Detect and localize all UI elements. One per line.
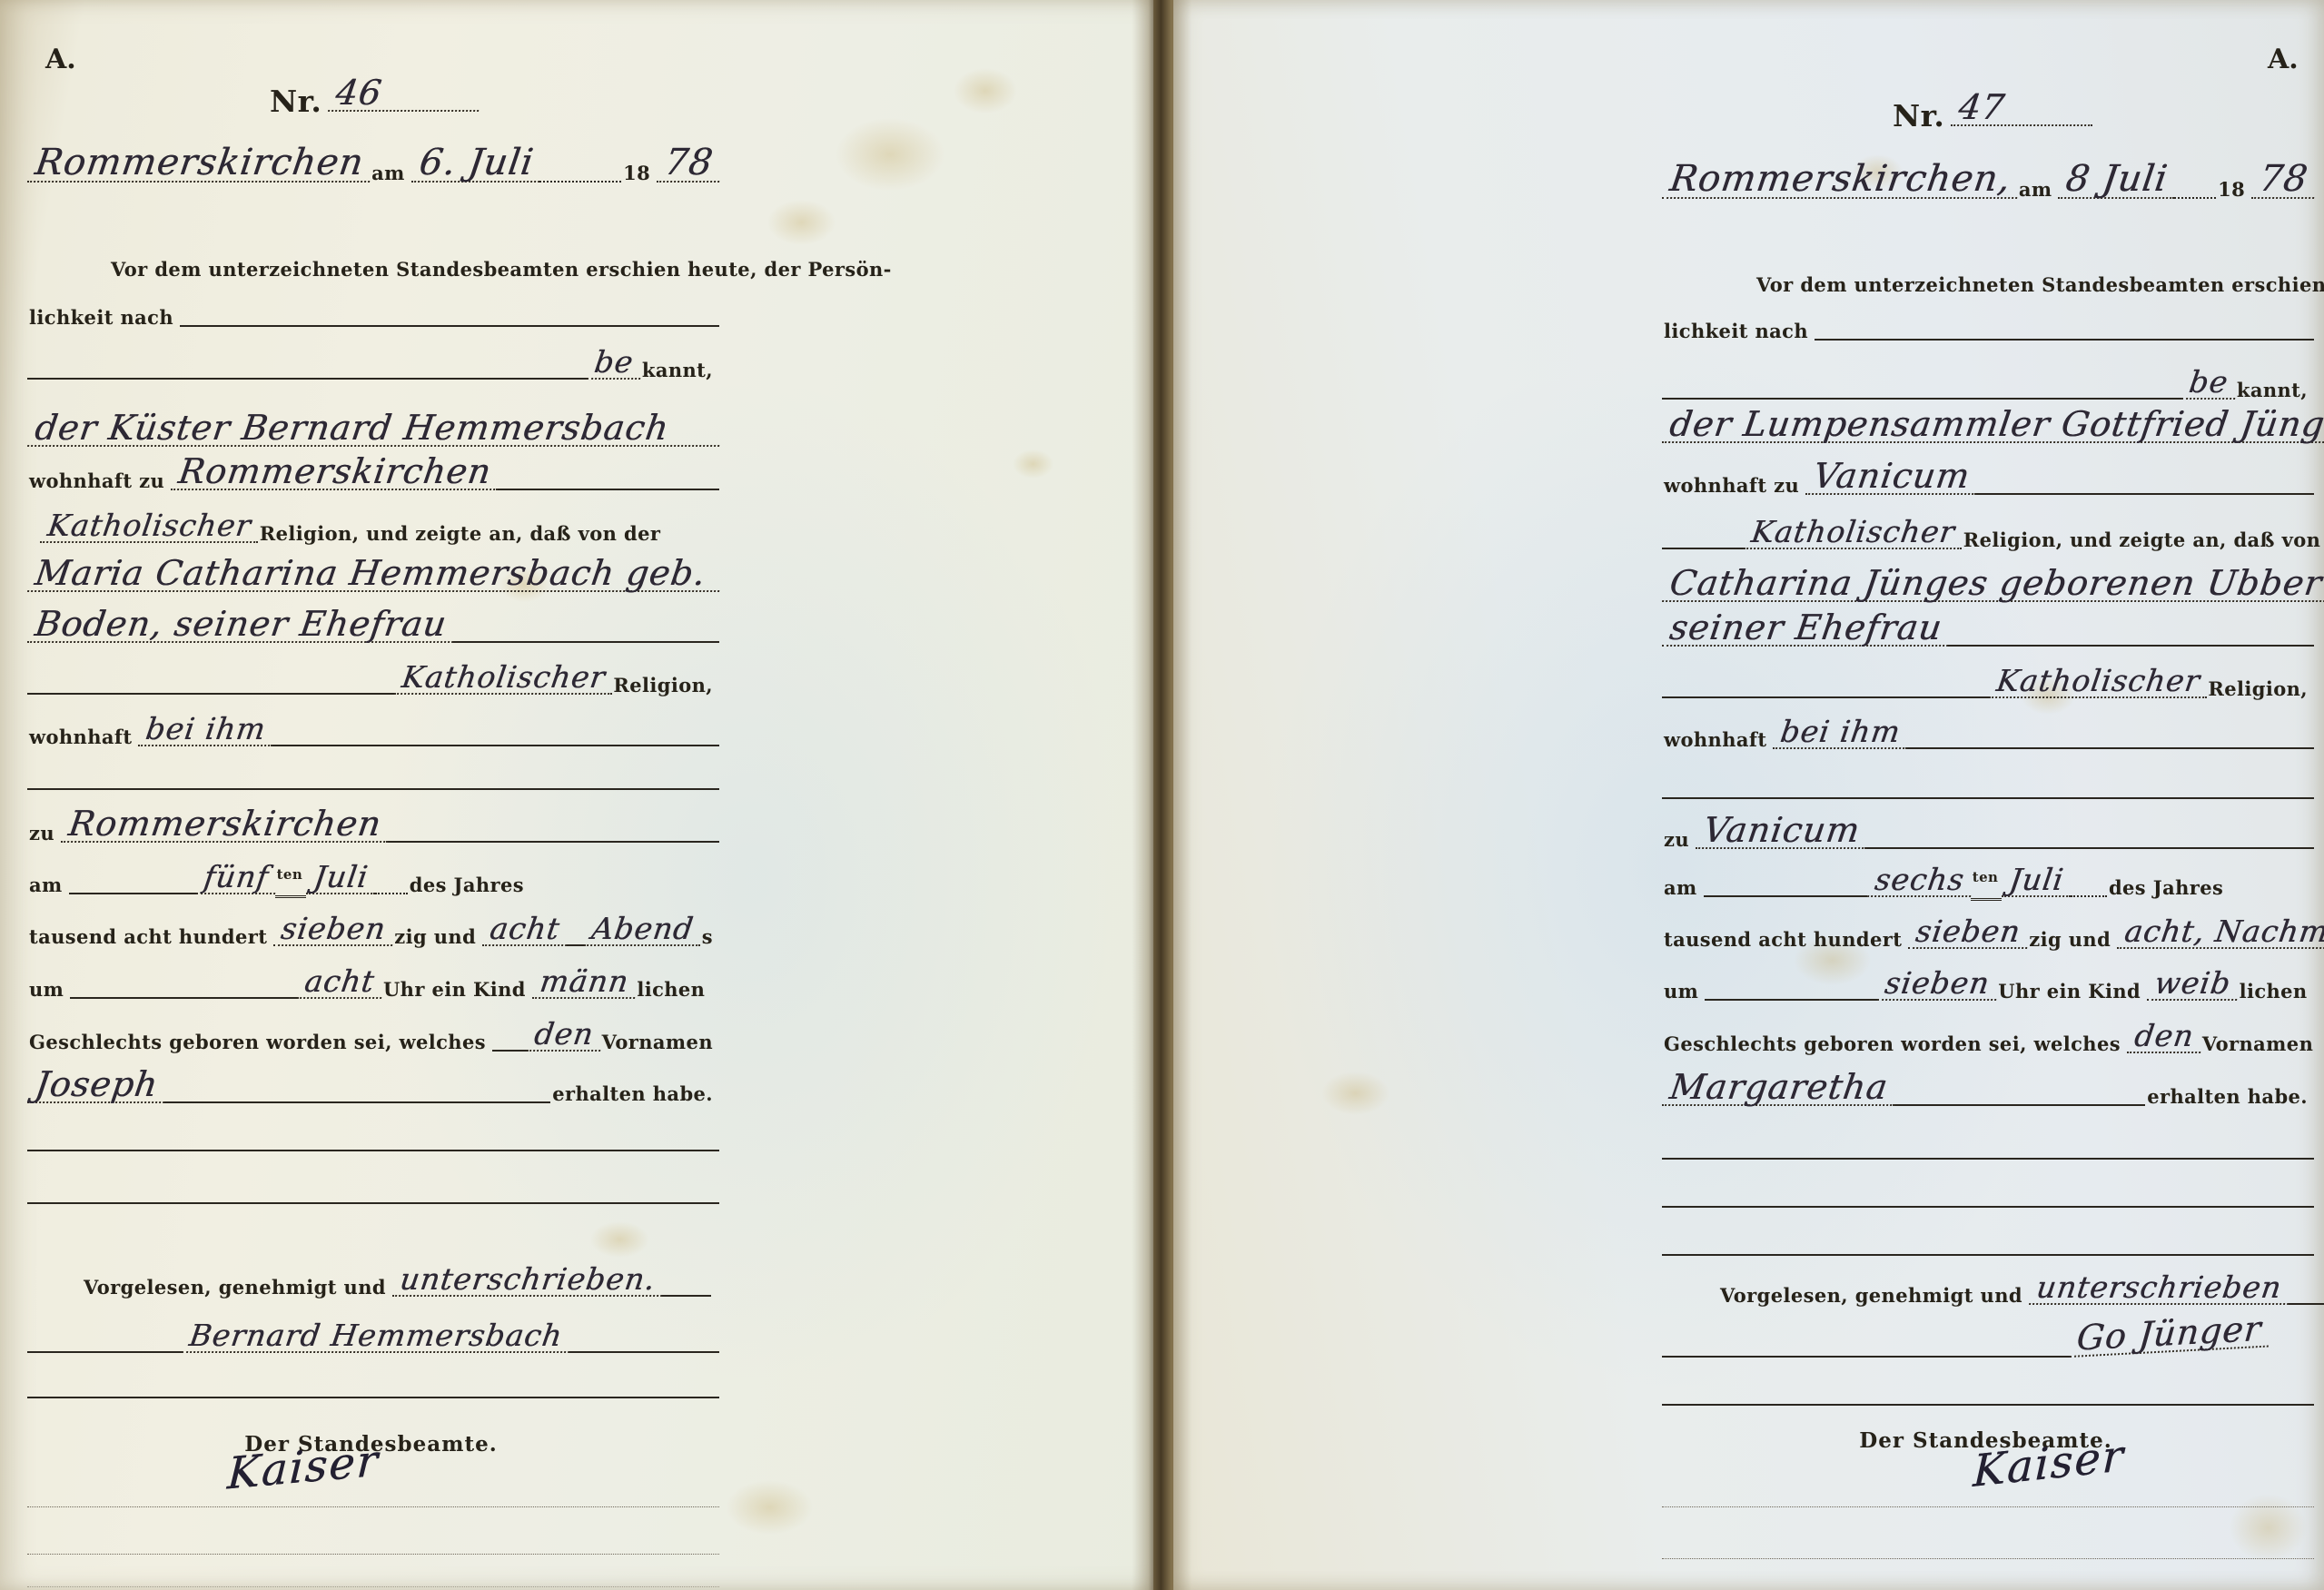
religion-printed-2: Religion, (2206, 677, 2314, 706)
closing-printed: Vorgelesen, genehmigt und (1718, 1284, 2029, 1313)
blank-line (1662, 1220, 2314, 1264)
birthplace-label: zu (1662, 828, 1696, 857)
um-label: um (27, 978, 70, 1007)
erhalten-label: erhalten habe. (2145, 1085, 2314, 1114)
birth-year-line: tausend acht hundert sieben zig und acht… (27, 911, 719, 954)
month-entry: Juli (2002, 865, 2075, 897)
declarant-signature-line: Bernard Hemmersbach (27, 1318, 719, 1361)
year-entry: 78 (657, 145, 725, 183)
record-number: Nr. 47 (1891, 91, 2200, 134)
declarant-entry: der Küster Bernard Hemmersbach (27, 411, 724, 447)
form-rule (539, 181, 621, 183)
year-entry-1: sieben (1908, 917, 2032, 949)
intro-line-2: lichkeit nach (27, 291, 719, 335)
religion-line-2: Katholischer Religion, (1662, 663, 2314, 706)
gender-printed-1: Geschlechts geboren worden sei, welches (27, 1031, 492, 1060)
form-rule (1662, 1506, 2314, 1507)
vornamen-label: Vornamen (600, 1031, 719, 1060)
form-rule (2071, 895, 2107, 897)
record-number: Nr. 46 (268, 76, 568, 120)
form-rule (662, 1295, 711, 1297)
form-rule (1662, 1404, 2314, 1406)
form-rule (2288, 1303, 2324, 1305)
known-entry: be (2181, 368, 2240, 400)
day-number-entry: fünf (196, 863, 280, 894)
known-printed: kannt, (640, 359, 719, 388)
dotted-line (1662, 1524, 2314, 1567)
day-number-entry: sechs (1867, 865, 1975, 897)
mother-name-line: Catharina Jünges geborenen Ubber (1662, 567, 2314, 610)
form-rule (1894, 1104, 2145, 1106)
year-printed: 18 (621, 162, 657, 191)
form-rule (27, 788, 719, 790)
am-label: am (370, 162, 411, 191)
religion-entry-1: Katholischer (1744, 518, 1966, 549)
blank-line (27, 755, 719, 798)
section-label: A. (45, 44, 76, 75)
erhalten-label: erhalten habe. (550, 1082, 719, 1111)
mother-name-line: Maria Catharina Hemmersbach geb. (27, 557, 719, 600)
form-rule (180, 325, 719, 327)
day-entry: 8 Juli (2058, 162, 2179, 199)
form-rule (1948, 645, 2314, 647)
den-entry: den (2127, 1022, 2205, 1053)
blank-line (1662, 1124, 2314, 1168)
place-entry: Rommerskirchen, (1662, 162, 2022, 199)
am-label: am (2017, 178, 2059, 207)
declarant-signature-line: Go Jünger (1662, 1322, 2314, 1366)
form-rule (27, 1506, 719, 1507)
religion-printed-1: Religion, und zeigte an, daß von der (1962, 528, 2324, 558)
child-name-entry: Margaretha (1662, 1071, 1899, 1106)
daytime-suffix: s (700, 925, 719, 954)
residence2-entry: bei ihm (1773, 717, 1912, 749)
record-number-label: Nr. (268, 85, 328, 120)
form-rule (1976, 493, 2314, 495)
birthplace-entry: Vanicum (1696, 814, 1872, 849)
form-rule (272, 745, 719, 746)
form-rule (27, 1397, 719, 1398)
religion-line-1: Katholischer Religion, und zeigte an, da… (27, 508, 719, 551)
closing-printed: Vorgelesen, genehmigt und (82, 1276, 392, 1305)
am-label: am (27, 874, 69, 903)
sex-entry: männ (532, 967, 639, 999)
birthplace-label: zu (27, 822, 61, 851)
form-rule (1662, 1356, 2070, 1358)
known-line: be kannt, (1662, 364, 2314, 408)
lichen-label: lichen (2238, 980, 2314, 1009)
religion-entry-2: Katholischer (394, 663, 617, 695)
mother-name-line-2: Boden, seiner Ehefrau (27, 607, 719, 651)
form-rule (1662, 398, 2181, 400)
mother-entry-2: Boden, seiner Ehefrau (27, 607, 458, 643)
record-number-value: 47 (1951, 91, 2097, 126)
dotted-line (1662, 1472, 2314, 1516)
residence-line: wohnhaft zu Rommerskirchen (27, 455, 719, 499)
religion-printed-2: Religion, (611, 674, 719, 703)
form-rule (1705, 999, 1877, 1001)
birthplace-line: zu Rommerskirchen (27, 807, 719, 851)
blank-line (1662, 1172, 2314, 1216)
year-printed-1: tausend acht hundert (1662, 928, 1908, 957)
form-rule (1662, 696, 1989, 698)
birth-time-line: um sieben Uhr ein Kind weib lichen (1662, 965, 2314, 1009)
form-rule (27, 1586, 719, 1587)
ten-suffix: ten (1971, 865, 2003, 901)
register-page-right: A. Nr. 47 Rommerskirchen, am 8 Juli 18 7… (1173, 0, 2324, 1590)
form-rule (2174, 197, 2216, 199)
form-rule (27, 1202, 719, 1204)
form-rule (388, 841, 719, 843)
form-rule (375, 893, 408, 894)
register-spread-scan: { "colors": { "ink_printed": "#262219", … (0, 0, 2324, 1590)
form-rule (27, 1351, 182, 1353)
residence-line-2: wohnhaft bei ihm (1662, 714, 2314, 757)
dotted-line (27, 1472, 719, 1516)
residence-line: wohnhaft zu Vanicum (1662, 459, 2314, 503)
gender-printed-1: Geschlechts geboren worden sei, welches (1662, 1032, 2127, 1062)
intro-line-1: Vor dem unterzeichneten Standesbeamten e… (109, 243, 719, 287)
birthday-line: am sechs ten Juli des Jahres (1662, 862, 2314, 905)
intro-line-2: lichkeit nach (1662, 305, 2314, 349)
ten-suffix: ten (275, 863, 307, 898)
am-label: am (1662, 876, 1704, 905)
form-rule (27, 1150, 719, 1151)
form-rule (1704, 895, 1867, 897)
birthplace-line: zu Vanicum (1662, 814, 2314, 857)
intro-text-1: Vor dem unterzeichneten Standesbeamten e… (1755, 273, 2324, 302)
form-rule (1662, 1158, 2314, 1160)
birth-time-line: um acht Uhr ein Kind männ lichen (27, 963, 719, 1007)
year-entry-1: sieben (273, 914, 397, 946)
day-entry: 6. Juli (411, 145, 545, 183)
form-rule (27, 693, 394, 695)
declarant-line: der Küster Bernard Hemmersbach (27, 411, 719, 455)
hour-entry: sieben (1877, 969, 2001, 1001)
form-rule (1662, 1254, 2314, 1256)
des-jahres-label: des Jahres (2107, 876, 2230, 905)
form-rule (498, 489, 719, 490)
intro-line-1: Vor dem unterzeichneten Standesbeamten e… (1755, 259, 2314, 302)
intro-text-2: lichkeit nach (1662, 320, 1815, 349)
intro-text-2: lichkeit nach (27, 306, 180, 335)
form-rule (27, 378, 587, 380)
residence2-label: wohnhaft (1662, 728, 1773, 757)
form-rule (70, 997, 297, 999)
form-rule (1662, 1558, 2314, 1559)
birth-year-line: tausend acht hundert sieben zig und acht… (1662, 914, 2314, 957)
year-printed: 18 (2216, 178, 2251, 207)
sex-entry: weib (2147, 969, 2241, 1001)
form-rule (69, 893, 196, 894)
year-printed-1: tausend acht hundert (27, 925, 273, 954)
form-rule (1815, 339, 2314, 341)
year-entry-2: acht, Nachmittags (2117, 917, 2324, 949)
record-number-value: 46 (328, 76, 483, 112)
child-name-line: Joseph erhalten habe. (27, 1068, 719, 1111)
birthday-line: am fünf ten Juli des Jahres (27, 859, 719, 903)
form-rule (1907, 747, 2314, 749)
closing-line: Vorgelesen, genehmigt und unterschrieben… (82, 1261, 719, 1305)
form-rule (164, 1101, 550, 1103)
form-rule (1662, 797, 2314, 799)
residence-label: wohnhaft zu (1662, 474, 1805, 503)
date-line: Rommerskirchen am 6. Juli 18 78 (27, 136, 719, 191)
hour-entry: acht (297, 967, 386, 999)
vornamen-label: Vornamen (2200, 1032, 2319, 1062)
known-line: be kannt, (27, 344, 719, 388)
declarant-signature: Bernard Hemmersbach (182, 1321, 573, 1353)
mother-entry-2: seiner Ehefrau (1662, 611, 1953, 647)
daytime-entry: Abend (584, 914, 705, 946)
blank-line (27, 1363, 719, 1407)
child-name-line: Margaretha erhalten habe. (1662, 1071, 2314, 1114)
form-rule (1866, 847, 2314, 849)
residence-entry: Rommerskirchen (171, 455, 502, 490)
form-rule (453, 641, 719, 643)
closing-entry: unterschrieben. (392, 1265, 667, 1297)
form-rule (492, 1050, 527, 1052)
blank-line (27, 1116, 719, 1160)
mother-name-entry: Maria Catharina Hemmersbach geb. (27, 557, 724, 592)
religion-entry-1: Katholischer (40, 511, 262, 543)
gender-line: Geschlechts geboren worden sei, welches … (1662, 1018, 2314, 1062)
month-entry: Juli (306, 863, 380, 894)
residence-label: wohnhaft zu (27, 469, 171, 499)
uhr-kind-label: Uhr ein Kind (381, 978, 532, 1007)
form-rule (569, 1351, 719, 1353)
residence2-label: wohnhaft (27, 726, 138, 755)
declarant-entry: der Lumpensammler Gottfried Jünges (1662, 408, 2324, 443)
intro-text-1: Vor dem unterzeichneten Standesbeamten e… (109, 258, 898, 287)
form-rule (567, 944, 584, 946)
den-entry: den (527, 1020, 605, 1052)
lichen-label: lichen (635, 978, 711, 1007)
year-entry-2: acht (482, 914, 571, 946)
declarant-signature: Go Jünger (2070, 1311, 2272, 1358)
place-entry: Rommerskirchen (27, 145, 375, 183)
blank-line (1662, 764, 2314, 807)
uhr-kind-label: Uhr ein Kind (1996, 980, 2147, 1009)
closing-line: Vorgelesen, genehmigt und unterschrieben (1718, 1269, 2314, 1313)
um-label: um (1662, 980, 1705, 1009)
child-name-entry: Joseph (27, 1068, 169, 1103)
residence-line-2: wohnhaft bei ihm (27, 711, 719, 755)
register-page-left: A. Nr. 46 Rommerskirchen am 6. Juli 18 7… (0, 0, 1153, 1590)
birthplace-entry: Rommerskirchen (61, 807, 392, 843)
religion-printed-1: Religion, und zeigte an, daß von der (258, 522, 668, 551)
known-entry: be (587, 348, 645, 380)
declarant-line: der Lumpensammler Gottfried Jünges (1662, 408, 2314, 451)
record-number-label: Nr. (1891, 100, 1951, 134)
residence-entry: Vanicum (1805, 459, 1982, 495)
closing-entry: unterschrieben (2029, 1273, 2292, 1305)
blank-line (1662, 1370, 2314, 1414)
residence2-entry: bei ihm (138, 715, 277, 746)
religion-entry-2: Katholischer (1989, 667, 2211, 698)
mother-name-line-2: seiner Ehefrau (1662, 611, 2314, 655)
dotted-line (27, 1552, 719, 1590)
form-rule (1662, 548, 1744, 549)
year-printed-2: zig und (392, 925, 482, 954)
mother-name-entry: Catharina Jünges geborenen Ubber (1662, 567, 2324, 602)
date-line: Rommerskirchen, am 8 Juli 18 78 (1662, 153, 2314, 207)
form-rule (1662, 1206, 2314, 1208)
religion-line-1: Katholischer Religion, und zeigte an, da… (1662, 514, 2314, 558)
gender-line: Geschlechts geboren worden sei, welches … (27, 1016, 719, 1060)
religion-line-2: Katholischer Religion, (27, 659, 719, 703)
year-entry: 78 (2251, 162, 2319, 199)
section-label: A. (2268, 44, 2299, 75)
year-printed-2: zig und (2027, 928, 2117, 957)
des-jahres-label: des Jahres (408, 874, 530, 903)
blank-line (27, 1169, 719, 1212)
